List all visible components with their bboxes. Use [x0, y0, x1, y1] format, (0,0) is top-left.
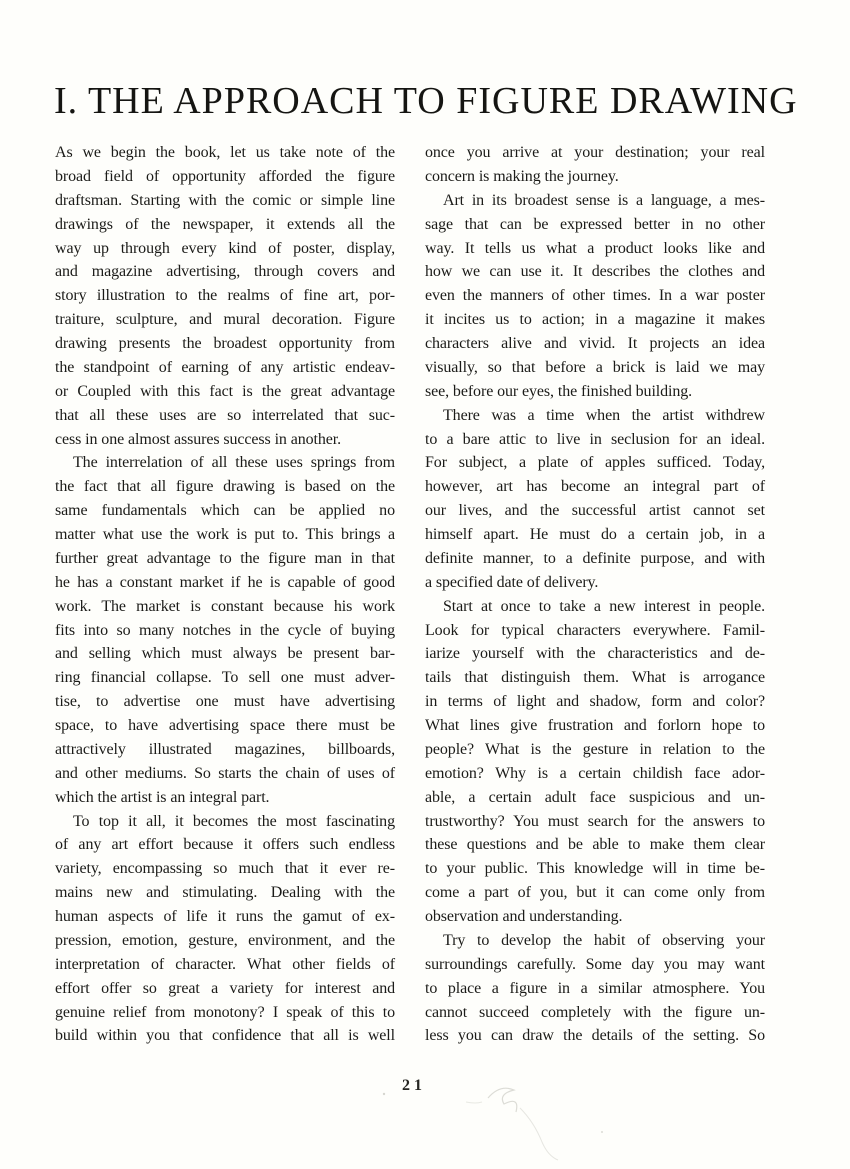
text-line: tails that distinguish them. What is arr…	[425, 666, 765, 690]
text-line: same fundamentals which can be applied n…	[55, 499, 395, 523]
text-line: way up through every kind of poster, dis…	[55, 237, 395, 261]
text-line: interpretation of character. What other …	[55, 953, 395, 977]
text-line: Try to develop the habit of observing yo…	[425, 929, 765, 953]
text-line: The interrelation of all these uses spri…	[55, 451, 395, 475]
text-line: Start at once to take a new interest in …	[425, 595, 765, 619]
text-line: further great advantage to the figure ma…	[55, 547, 395, 571]
text-line: these questions and be able to make them…	[425, 833, 765, 857]
text-line: surroundings carefully. Some day you may…	[425, 953, 765, 977]
text-line: effort offer so great a variety for inte…	[55, 977, 395, 1001]
text-line: ring financial collapse. To sell one mus…	[55, 666, 395, 690]
text-line: or Coupled with this fact is the great a…	[55, 380, 395, 404]
text-line: attractively illustrated magazines, bill…	[55, 738, 395, 762]
text-line: and magazine advertising, through covers…	[55, 260, 395, 284]
text-line: way. It tells us what a product looks li…	[425, 237, 765, 261]
text-line: people? What is the gesture in relation …	[425, 738, 765, 762]
text-line: draftsman. Starting with the comic or si…	[55, 189, 395, 213]
text-line: tise, to advertise one must have adverti…	[55, 690, 395, 714]
text-line: definite manner, to a definite purpose, …	[425, 547, 765, 571]
text-line: of any art effort because it offers such…	[55, 833, 395, 857]
paragraph: There was a time when the artist withdre…	[425, 404, 765, 595]
text-line: to a bare attic to live in seclusion for…	[425, 428, 765, 452]
text-line: There was a time when the artist withdre…	[425, 404, 765, 428]
text-line: For subject, a plate of apples sufficed.…	[425, 451, 765, 475]
text-line: that all these uses are so interrelated …	[55, 404, 395, 428]
paragraph: Art in its broadest sense is a language,…	[425, 189, 765, 404]
text-line: pression, emotion, gesture, environment,…	[55, 929, 395, 953]
text-line: a specified date of delivery.	[425, 571, 765, 595]
text-line: fits into so many notches in the cycle o…	[55, 619, 395, 643]
text-line: work. The market is constant because his…	[55, 595, 395, 619]
text-line: Art in its broadest sense is a language,…	[425, 189, 765, 213]
text-line: space, to have advertising space there m…	[55, 714, 395, 738]
paragraph: Try to develop the habit of observing yo…	[425, 929, 765, 1048]
text-line: drawings of the newspaper, it extends al…	[55, 213, 395, 237]
text-line: concern is making the journey.	[425, 165, 765, 189]
right-column: once you arrive at your destination; you…	[425, 141, 765, 1048]
paragraph: As we begin the book, let us take note o…	[55, 141, 395, 451]
text-line: the fact that all figure drawing is base…	[55, 475, 395, 499]
text-line: he has a constant market if he is capabl…	[55, 571, 395, 595]
text-line: sage that can be expressed better in no …	[425, 213, 765, 237]
text-line: build within you that confidence that al…	[55, 1024, 395, 1048]
text-line: drawing presents the broadest opportunit…	[55, 332, 395, 356]
text-line: genuine relief from monotony? I speak of…	[55, 1001, 395, 1025]
text-line: however, art has become an integral part…	[425, 475, 765, 499]
text-line: less you can draw the details of the set…	[425, 1024, 765, 1048]
text-line: What lines give frustration and forlorn …	[425, 714, 765, 738]
paragraph: To top it all, it becomes the most fasci…	[55, 810, 395, 1049]
text-line: and selling which must always be present…	[55, 642, 395, 666]
text-line: observation and understanding.	[425, 905, 765, 929]
text-line: in terms of light and shadow, form and c…	[425, 690, 765, 714]
text-line: cannot succeed completely with the figur…	[425, 1001, 765, 1025]
text-line: even the manners of other times. In a wa…	[425, 284, 765, 308]
text-line: our lives, and the successful artist can…	[425, 499, 765, 523]
text-line: As we begin the book, let us take note o…	[55, 141, 395, 165]
text-line: Look for typical characters everywhere. …	[425, 619, 765, 643]
text-line: cess in one almost assures success in an…	[55, 428, 395, 452]
paragraph: The interrelation of all these uses spri…	[55, 451, 395, 809]
text-line: story illustration to the realms of fine…	[55, 284, 395, 308]
text-line: how we can use it. It describes the clot…	[425, 260, 765, 284]
text-line: To top it all, it becomes the most fasci…	[55, 810, 395, 834]
text-line: matter what use the work is put to. This…	[55, 523, 395, 547]
text-line: characters alive and vivid. It projects …	[425, 332, 765, 356]
text-line: it incites us to action; in a magazine i…	[425, 308, 765, 332]
text-line: visually, so that before a brick is laid…	[425, 356, 765, 380]
text-line: traiture, sculpture, and mural decoratio…	[55, 308, 395, 332]
paragraph: once you arrive at your destination; you…	[425, 141, 765, 189]
text-line: come a part of you, but it can come only…	[425, 881, 765, 905]
text-line: variety, encompassing so much that it ev…	[55, 857, 395, 881]
page-title: I. THE APPROACH TO FIGURE DRAWING	[54, 79, 798, 123]
text-line: human aspects of life it runs the gamut …	[55, 905, 395, 929]
text-line: once you arrive at your destination; you…	[425, 141, 765, 165]
scan-smudge-artifact	[370, 1080, 650, 1165]
text-line: and other mediums. So starts the chain o…	[55, 762, 395, 786]
text-line: to place a figure in a similar atmospher…	[425, 977, 765, 1001]
paragraph: Start at once to take a new interest in …	[425, 595, 765, 929]
text-line: iarize yourself with the characteristics…	[425, 642, 765, 666]
text-line: see, before our eyes, the finished build…	[425, 380, 765, 404]
text-line: emotion? Why is a certain childish face …	[425, 762, 765, 786]
text-line: able, a certain adult face suspicious an…	[425, 786, 765, 810]
text-line: mains new and stimulating. Dealing with …	[55, 881, 395, 905]
text-line: himself apart. He must do a certain job,…	[425, 523, 765, 547]
text-line: the standpoint of earning of any artisti…	[55, 356, 395, 380]
text-line: which the artist is an integral part.	[55, 786, 395, 810]
text-line: broad field of opportunity afforded the …	[55, 165, 395, 189]
text-line: trustworthy? You must search for the ans…	[425, 810, 765, 834]
left-column: As we begin the book, let us take note o…	[55, 141, 395, 1048]
text-line: to your public. This knowledge will in t…	[425, 857, 765, 881]
